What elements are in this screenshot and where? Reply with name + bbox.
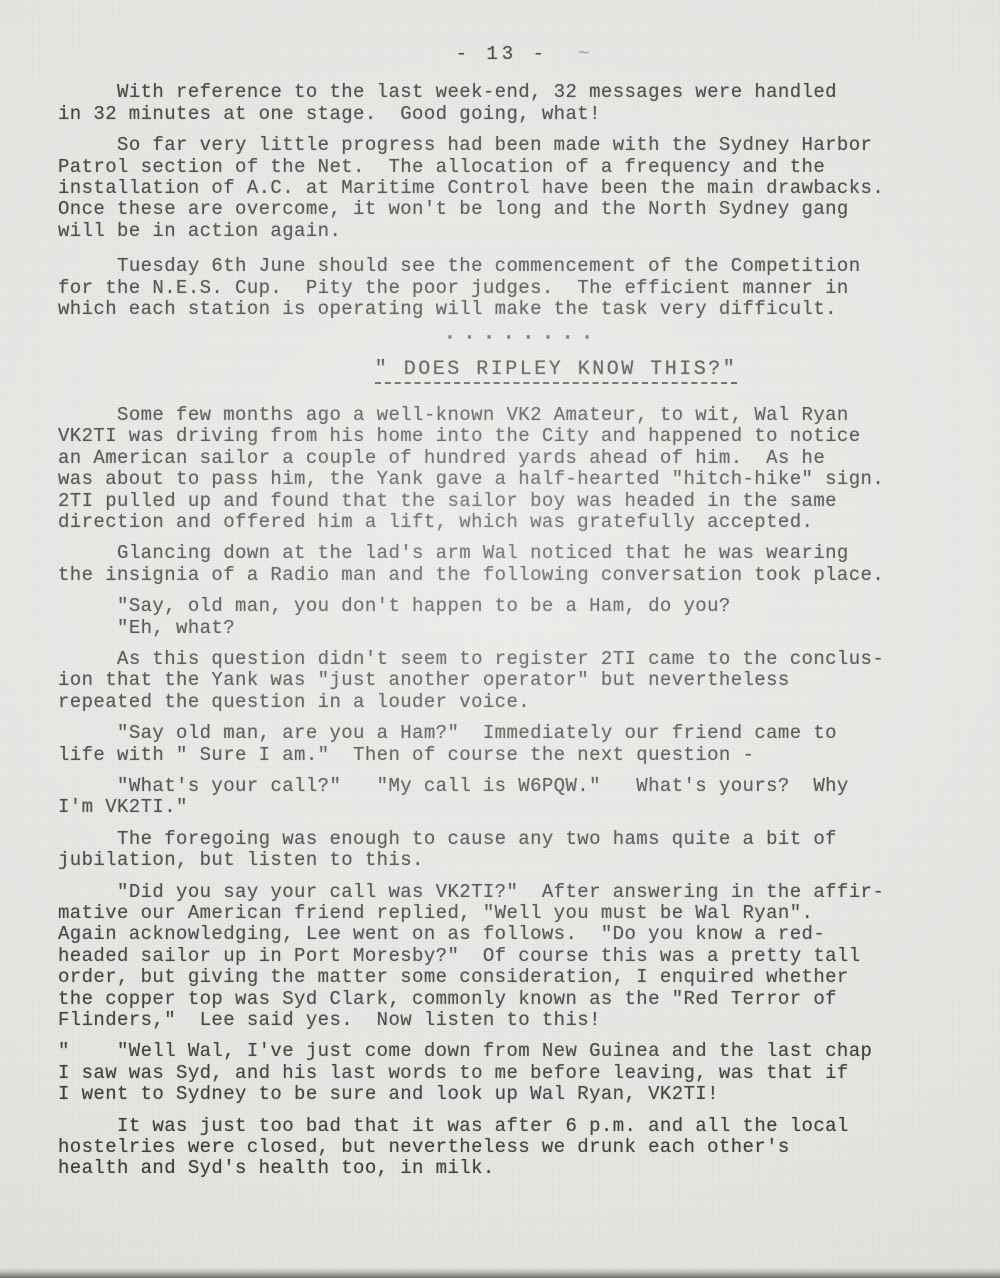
paragraph-jubilation: The foregoing was enough to cause any tw… xyxy=(58,829,962,872)
paragraph-radio-insignia: Glancing down at the lad's arm Wal notic… xyxy=(58,543,962,586)
smudge-mark: ~ xyxy=(578,43,589,65)
dialogue-whats-your-call: "What's your call?" "My call is W6PQW." … xyxy=(58,776,962,819)
paragraph-harbor-patrol: So far very little progress had been mad… xyxy=(58,135,962,242)
paragraph-hitch-hike-story: Some few months ago a well-known VK2 Ama… xyxy=(58,405,962,533)
section-heading-row: " DOES RIPLEY KNOW THIS?" xyxy=(58,359,962,383)
paragraph-weekend-traffic: With reference to the last week-end, 32 … xyxy=(58,82,962,125)
paragraph-louder-voice: As this question didn't seem to register… xyxy=(58,649,962,713)
dialogue-new-guinea: " "Well Wal, I've just come down from Ne… xyxy=(58,1041,962,1105)
dialogue-sure-i-am: "Say old man, are you a Ham?" Immediatel… xyxy=(58,723,962,766)
paragraph-milk-toast: It was just too bad that it was after 6 … xyxy=(58,1116,962,1180)
document-page: - 13 -~ With reference to the last week-… xyxy=(0,0,1000,1278)
section-heading: " DOES RIPLEY KNOW THIS?" xyxy=(375,359,738,383)
page-number: - 13 - xyxy=(456,43,548,65)
dotted-separator: ········ xyxy=(58,330,962,348)
paragraph-nes-cup-competition: Tuesday 6th June should see the commence… xyxy=(58,256,962,320)
page-header: - 13 -~ xyxy=(58,44,962,65)
page-bottom-edge xyxy=(0,1268,1000,1278)
dialogue-ham-question: "Say, old man, you don't happen to be a … xyxy=(58,596,962,639)
paragraph-port-moresby: "Did you say your call was VK2TI?" After… xyxy=(58,882,962,1032)
